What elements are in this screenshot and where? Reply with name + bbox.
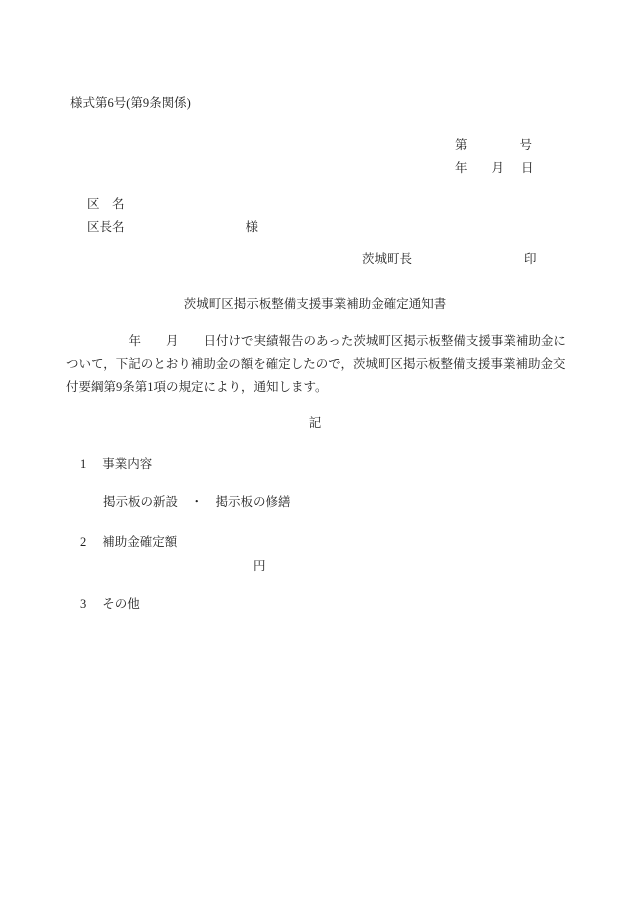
doc-number-suffix: 号 xyxy=(520,138,533,152)
form-number: 様式第6号(第9条関係) xyxy=(70,95,191,111)
record-marker: 記 xyxy=(0,415,630,431)
item-2-number: 2 xyxy=(80,535,86,549)
date-line: 年月日 xyxy=(455,160,534,176)
honorific-label: 様 xyxy=(246,220,259,234)
doc-number-blank xyxy=(468,148,520,149)
seal-blank xyxy=(412,262,524,263)
date-day-blank xyxy=(504,171,521,172)
item-1-label: 事業内容 xyxy=(102,457,152,471)
document-title: 茨城町区掲示板整備支援事業補助金確定通知書 xyxy=(0,296,630,312)
sender-line: 茨城町長印 xyxy=(362,251,537,267)
item-1-content: 掲示板の新設 ・ 掲示板の修繕 xyxy=(103,494,291,510)
item-2-heading: 2補助金確定額 xyxy=(80,534,177,550)
date-month-label: 月 xyxy=(492,161,505,175)
date-year-label: 年 xyxy=(455,161,468,175)
body-line-2: ついて，下記のとおり補助金の額を確定したので，茨城町区掲示板整備支援事業補助金交 xyxy=(66,356,566,372)
doc-number-prefix: 第 xyxy=(455,138,468,152)
amount-unit: 円 xyxy=(253,559,266,573)
district-chief-line: 区長名様 xyxy=(87,219,258,235)
date-month-blank xyxy=(468,171,492,172)
district-name-line: 区 名 xyxy=(87,196,125,212)
seal-label: 印 xyxy=(524,252,537,266)
item-2-content: 円 xyxy=(103,558,266,574)
item-3-number: 3 xyxy=(80,597,86,611)
date-day-label: 日 xyxy=(521,161,534,175)
document-number-line: 第号 xyxy=(455,137,532,153)
body-line-3: 付要綱第9条第1項の規定により，通知します。 xyxy=(66,379,328,395)
sender-name: 茨城町長 xyxy=(362,252,412,266)
body-line-1: 年 月 日付けで実績報告のあった茨城町区掲示板整備支援事業補助金に xyxy=(66,333,566,349)
document-page: 様式第6号(第9条関係) 第号 年月日 区 名 区長名様 茨城町長印 茨城町区掲… xyxy=(0,0,630,903)
item-3-heading: 3その他 xyxy=(80,596,140,612)
item-1-heading: 1事業内容 xyxy=(80,456,152,472)
item-1-number: 1 xyxy=(80,457,86,471)
district-chief-name-blank xyxy=(125,230,246,231)
item-2-label: 補助金確定額 xyxy=(102,535,177,549)
item-3-label: その他 xyxy=(102,597,140,611)
amount-blank xyxy=(103,569,253,570)
district-chief-label: 区長名 xyxy=(87,220,125,234)
